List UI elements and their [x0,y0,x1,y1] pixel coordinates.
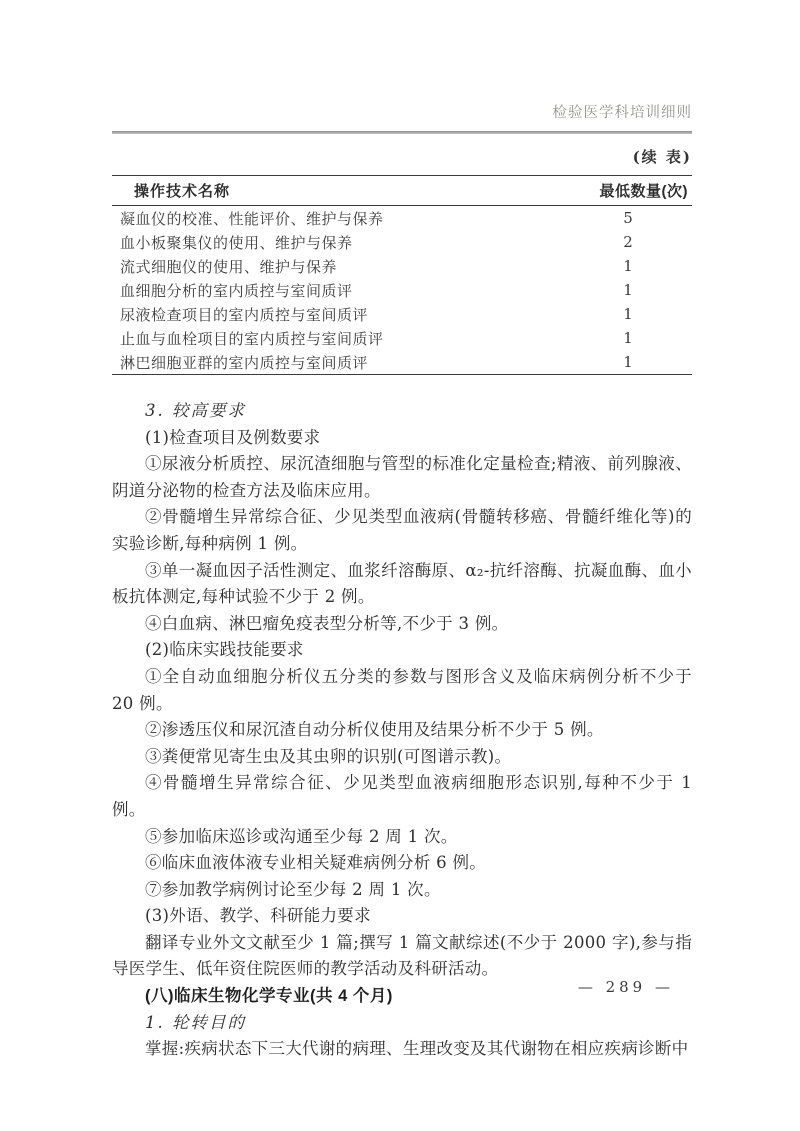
table-row: 凝血仪的校准、性能评价、维护与保养 5 [112,206,692,230]
running-head: 检验医学科培训细则 [112,104,692,122]
paragraph: ⑤参加临床巡诊或沟通至少每 2 周 1 次。 [112,824,692,851]
table-cell-count: 1 [564,305,692,323]
paragraph: ⑥临床血液体液专业相关疑难病例分析 6 例。 [112,850,692,877]
paragraph: ⑦参加教学病例讨论至少每 2 周 1 次。 [112,877,692,904]
operations-table: 操作技术名称 最低数量(次) 凝血仪的校准、性能评价、维护与保养 5 血小板聚集… [112,175,692,375]
table-row: 血小板聚集仪的使用、维护与保养 2 [112,230,692,254]
table-cell-name: 血小板聚集仪的使用、维护与保养 [112,232,564,253]
paragraph: ③单一凝血因子活性测定、血浆纤溶酶原、α₂-抗纤溶酶、抗凝血酶、血小板抗体测定,… [112,558,692,611]
paragraph: ③粪便常见寄生虫及其虫卵的识别(可图谱示教)。 [112,744,692,771]
table-cell-name: 止血与血栓项目的室内质控与室间质评 [112,328,564,349]
table-bottom-rule [112,374,692,375]
table-header-count: 最低数量(次) [560,180,692,201]
table-row: 尿液检查项目的室内质控与室间质评 1 [112,302,692,326]
table-header-row: 操作技术名称 最低数量(次) [112,176,692,205]
page-content: 检验医学科培训细则 (续 表) 操作技术名称 最低数量(次) 凝血仪的校准、性能… [112,104,692,1063]
table-cell-name: 流式细胞仪的使用、维护与保养 [112,256,564,277]
table-cell-count: 5 [564,209,692,227]
paragraph: ④白血病、淋巴瘤免疫表型分析等,不少于 3 例。 [112,611,692,638]
table-cell-name: 凝血仪的校准、性能评价、维护与保养 [112,208,564,229]
table-cell-count: 1 [564,353,692,371]
document-page: 检验医学科培训细则 (续 表) 操作技术名称 最低数量(次) 凝血仪的校准、性能… [0,0,800,1131]
table-header-name: 操作技术名称 [112,180,560,201]
table-cell-count: 1 [564,281,692,299]
paragraph: 掌握:疾病状态下三大代谢的病理、生理改变及其代谢物在相应疾病诊断中 [112,1036,692,1063]
paragraph: (2)临床实践技能要求 [112,637,692,664]
table-cell-count: 1 [564,257,692,275]
paragraph: ④骨髓增生异常综合征、少见类型血液病细胞形态识别,每种不少于 1 例。 [112,770,692,823]
table-cell-count: 1 [564,329,692,347]
table-row: 淋巴细胞亚群的室内质控与室间质评 1 [112,350,692,374]
paragraph: ②骨髓增生异常综合征、少见类型血液病(骨髓转移癌、骨髓纤维化等)的实验诊断,每种… [112,504,692,557]
table-cell-name: 血细胞分析的室内质控与室间质评 [112,280,564,301]
table-cell-name: 淋巴细胞亚群的室内质控与室间质评 [112,352,564,373]
page-number: — 289 — [578,978,674,996]
paragraph: ①全自动血细胞分析仪五分类的参数与图形含义及临床病例分析不少于 20 例。 [112,664,692,717]
table-cell-count: 2 [564,233,692,251]
body-text: 3. 较高要求 (1)检查项目及例数要求 ①尿液分析质控、尿沉渣细胞与管型的标准… [112,398,692,1063]
paragraph: (1)检查项目及例数要求 [112,425,692,452]
running-head-rule [112,131,692,134]
table-cell-name: 尿液检查项目的室内质控与室间质评 [112,304,564,325]
table-row: 血细胞分析的室内质控与室间质评 1 [112,278,692,302]
paragraph: ②渗透压仪和尿沉渣自动分析仪使用及结果分析不少于 5 例。 [112,717,692,744]
paragraph: 1. 轮转目的 [112,1010,692,1037]
paragraph: 3. 较高要求 [112,398,692,425]
table-row: 流式细胞仪的使用、维护与保养 1 [112,254,692,278]
table-continuation-note: (续 表) [112,147,692,167]
table-row: 止血与血栓项目的室内质控与室间质评 1 [112,326,692,350]
paragraph: (3)外语、教学、科研能力要求 [112,903,692,930]
paragraph: ①尿液分析质控、尿沉渣细胞与管型的标准化定量检查;精液、前列腺液、阴道分泌物的检… [112,451,692,504]
paragraph: 翻译专业外文文献至少 1 篇;撰写 1 篇文献综述(不少于 2000 字),参与… [112,930,692,983]
